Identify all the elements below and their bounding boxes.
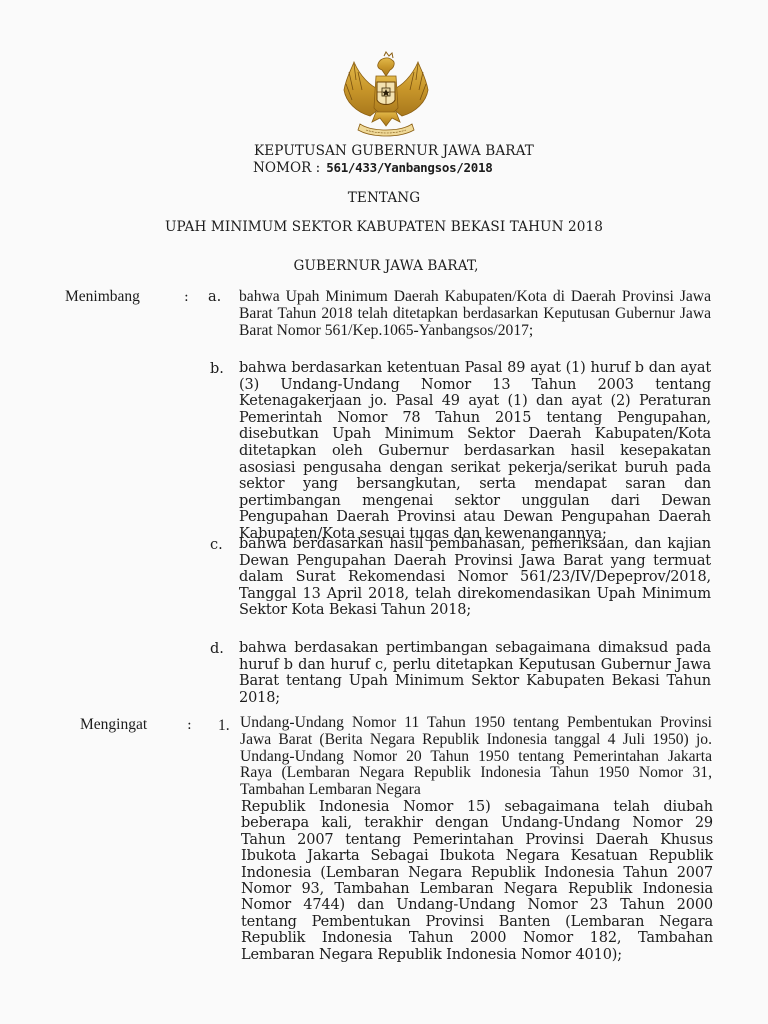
garuda-emblem-icon — [336, 50, 436, 140]
decree-number-value: 561/433/Yanbangsos/2018 — [326, 160, 492, 175]
menimbang-item-marker: a. — [208, 289, 221, 305]
decree-heading: KEPUTUSAN GUBERNUR JAWA BARAT — [10, 143, 768, 159]
menimbang-item-marker: b. — [210, 361, 224, 377]
mengingat-colon: : — [187, 717, 192, 733]
mengingat-label: Mengingat — [80, 716, 147, 734]
menimbang-item-d: bahwa berdasakan pertimbangan sebagaiman… — [239, 640, 711, 706]
decree-number: NOMOR :561/433/Yanbangsos/2018 — [253, 160, 492, 176]
document-page: KEPUTUSAN GUBERNUR JAWA BARAT NOMOR :561… — [0, 0, 768, 1024]
menimbang-item-marker: d. — [210, 641, 224, 657]
decree-subject: UPAH MINIMUM SEKTOR KABUPATEN BEKASI TAH… — [0, 219, 768, 235]
mengingat-item-1-part1: Undang-Undang Nomor 11 Tahun 1950 tentan… — [240, 715, 712, 799]
decree-number-label: NOMOR : — [253, 160, 320, 176]
menimbang-label: Menimbang — [65, 288, 140, 306]
mengingat-item-marker: 1. — [218, 717, 230, 735]
menimbang-item-b: bahwa berdasarkan ketentuan Pasal 89 aya… — [239, 360, 711, 543]
menimbang-item-marker: c. — [210, 537, 223, 553]
menimbang-colon: : — [184, 289, 189, 305]
menimbang-item-c: bahwa berdasarkan hasil pembahasan, peme… — [239, 536, 711, 619]
menimbang-item-a: bahwa Upah Minimum Daerah Kabupaten/Kota… — [239, 288, 711, 339]
mengingat-item-1-part2: Republik Indonesia Nomor 15) sebagaimana… — [241, 799, 713, 963]
tentang-heading: TENTANG — [0, 190, 768, 206]
governor-heading: GUBERNUR JAWA BARAT, — [2, 258, 768, 274]
